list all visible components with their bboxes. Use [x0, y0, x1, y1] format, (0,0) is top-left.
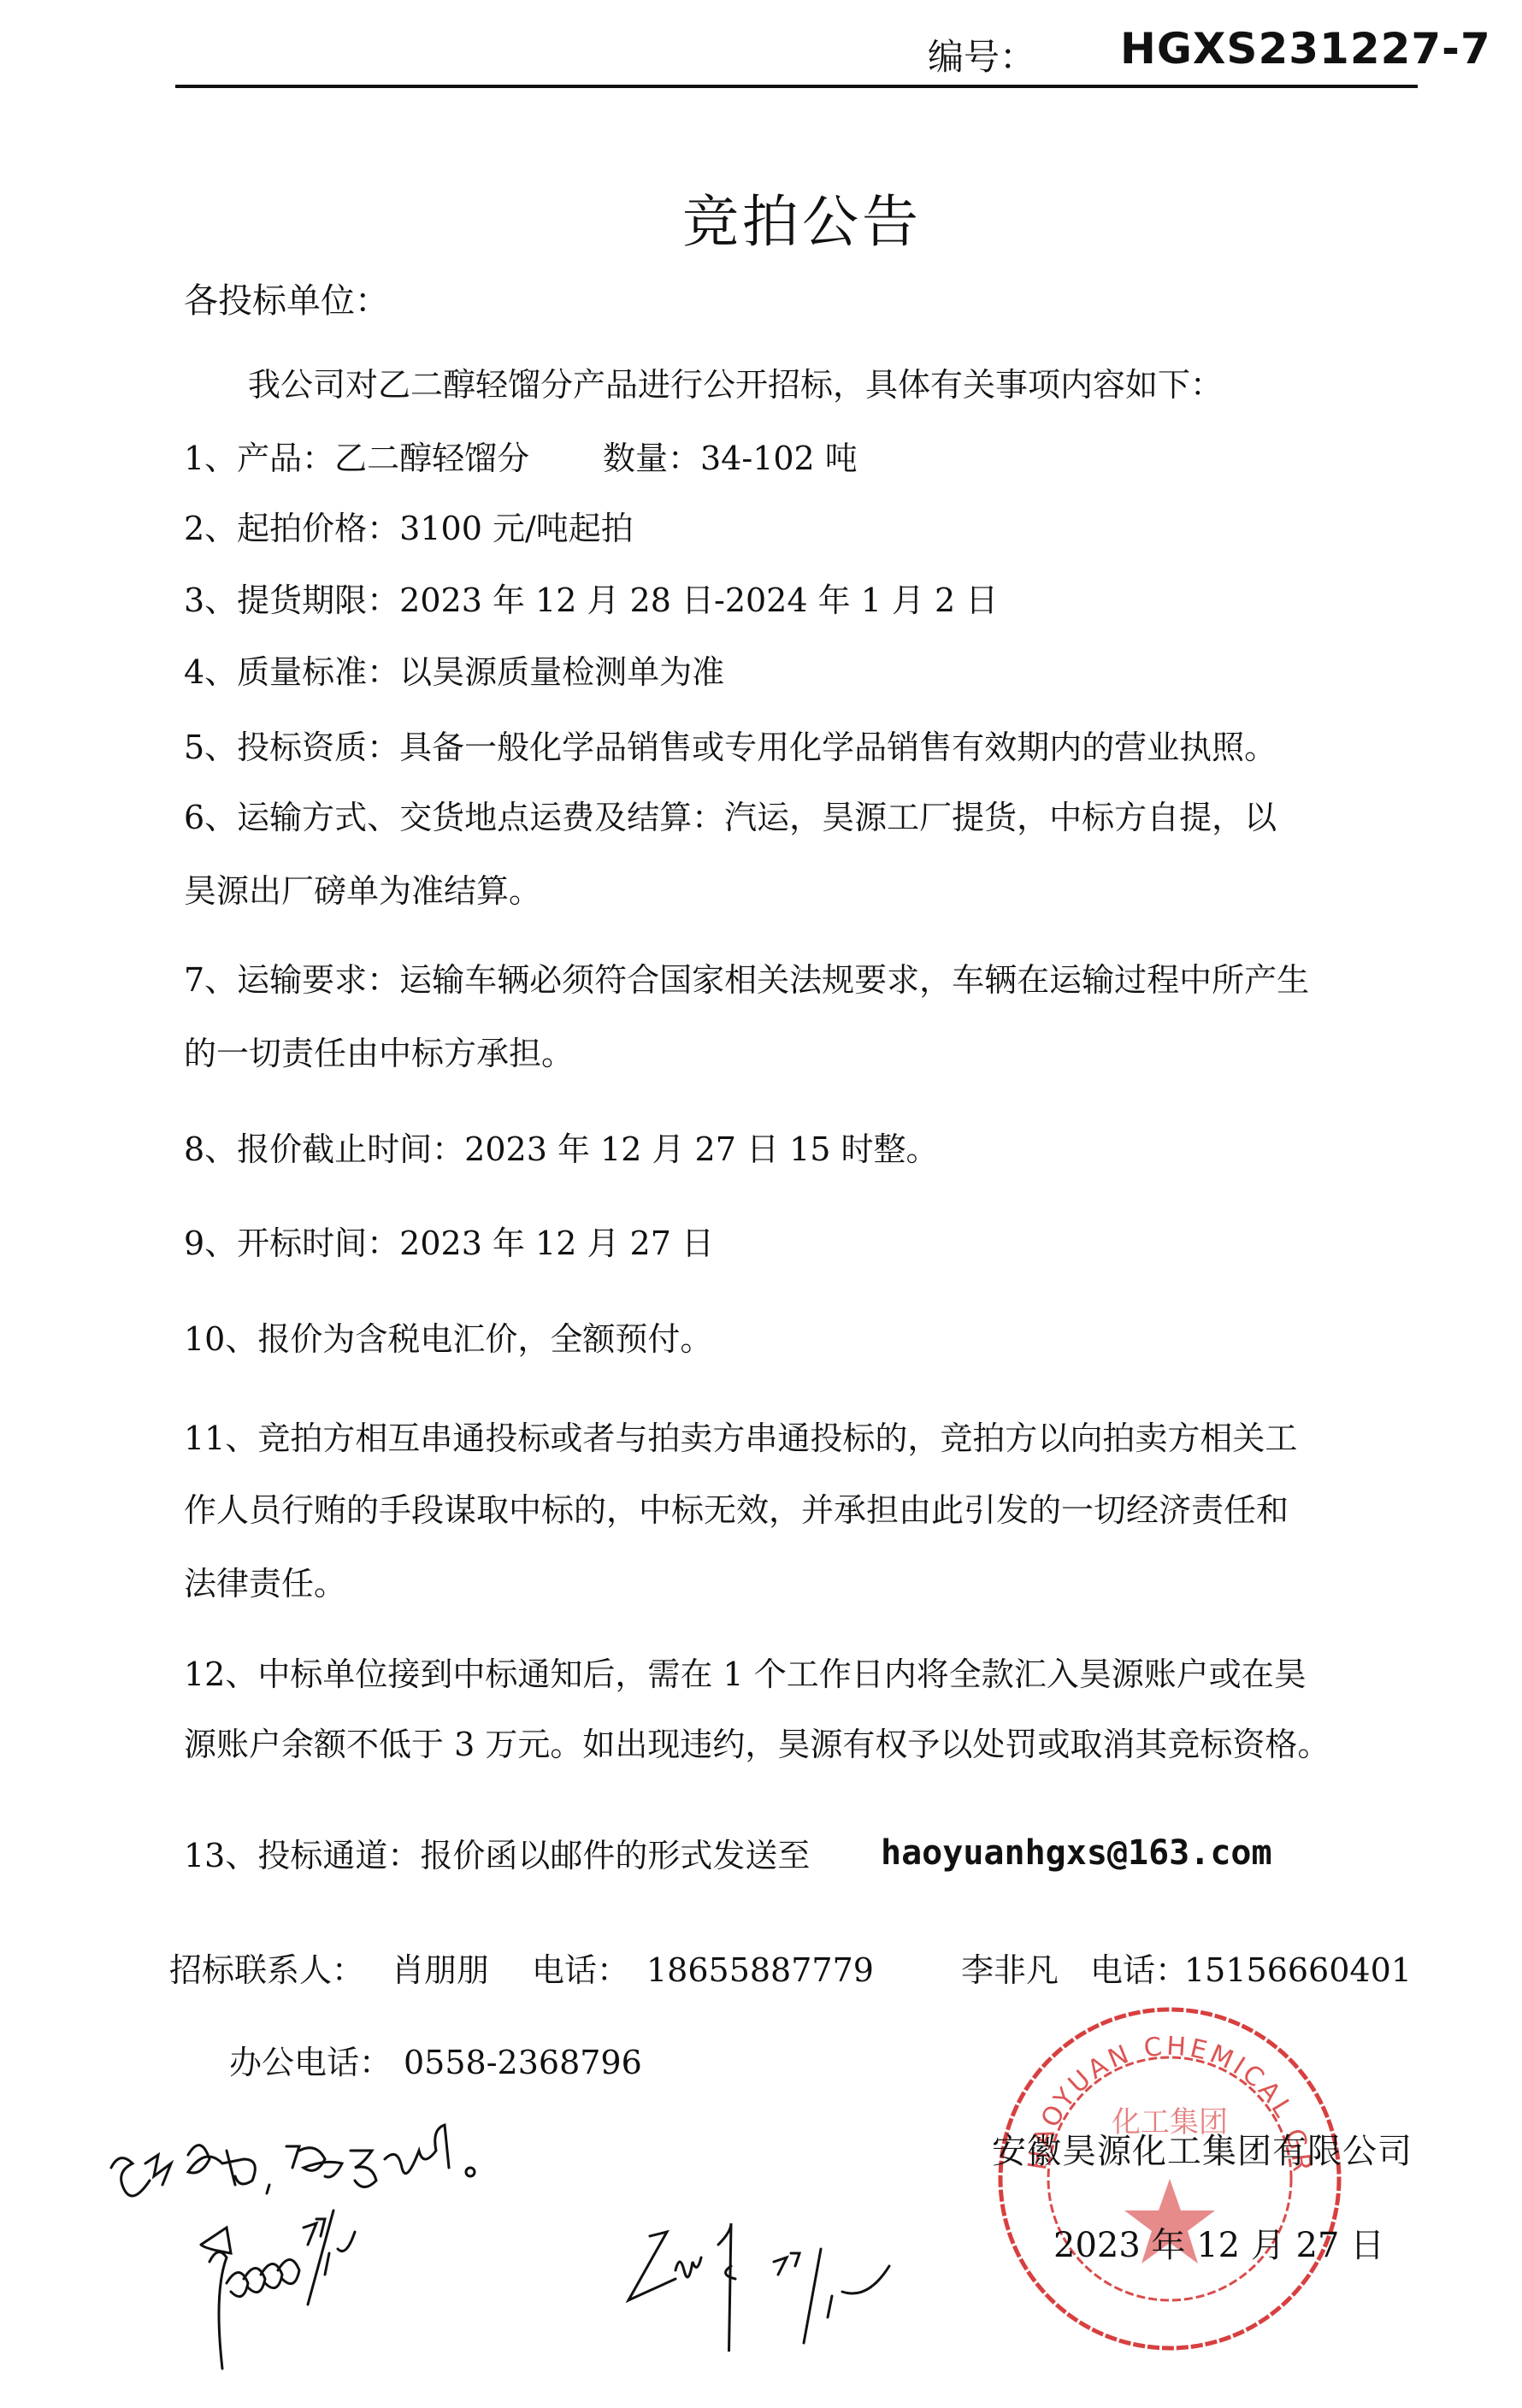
contact-2-phone-label: 电话： [1090, 1951, 1188, 1989]
item-11-collusion-line1: 11、竞拍方相互串通投标或者与拍卖方串通投标的，竞拍方以向拍卖方相关工 [184, 1419, 1297, 1457]
contact-label: 招标联系人： [169, 1951, 364, 1989]
item-12-winner-line1: 12、中标单位接到中标通知后，需在 1 个工作日内将全款汇入昊源账户或在昊 [184, 1655, 1307, 1693]
contact-2-phone: 15156660401 [1184, 1951, 1412, 1989]
item-7-transport-req-line1: 7、运输要求：运输车辆必须符合国家相关法规要求，车辆在运输过程中所产生 [184, 961, 1309, 999]
signature-icon [620, 2198, 894, 2352]
contact-1-phone-label: 电话： [532, 1951, 629, 1989]
item-4-quality-standard: 4、质量标准：以昊源质量检测单为准 [184, 653, 724, 691]
office-phone: 0558-2368796 [404, 2044, 642, 2081]
contact-2-name: 李非凡 [961, 1951, 1059, 1989]
item-2-start-price: 2、起拍价格：3100 元/吨起拍 [184, 510, 634, 547]
signature-1 [180, 2189, 419, 2386]
item-6-transport-line1: 6、运输方式、交货地点运费及结算：汽运，昊源工厂提货，中标方自提，以 [184, 799, 1277, 836]
signature-2 [620, 2198, 894, 2352]
item-10-payment: 10、报价为含税电汇价，全额预付。 [184, 1320, 712, 1358]
issuer-company: 安徽昊源化工集团有限公司 [992, 2133, 1413, 2170]
item-9-opening-time: 9、开标时间：2023 年 12 月 27 日 [184, 1225, 714, 1262]
item-13-bid-channel: 13、投标通道：报价函以邮件的形式发送至 [184, 1837, 810, 1874]
doc-code-label: 编号： [928, 29, 1035, 80]
item-12-winner-line2: 源账户余额不低于 3 万元。如出现违约，昊源有权予以处罚或取消其竞标资格。 [184, 1726, 1330, 1763]
item-5-qualification: 5、投标资质：具备一般化学品销售或专用化学品销售有效期内的营业执照。 [184, 729, 1277, 766]
contact-1-phone: 18655887779 [646, 1951, 874, 1989]
contact-1-name: 肖朋朋 [392, 1951, 489, 1989]
issuer-date: 2023 年 12 月 27 日 [1053, 2227, 1384, 2264]
signature-icon [180, 2189, 419, 2386]
doc-code-value: HGXS231227-7 [1120, 24, 1491, 74]
item-8-quote-deadline: 8、报价截止时间：2023 年 12 月 27 日 15 时整。 [184, 1130, 939, 1168]
item-11-collusion-line3: 法律责任。 [184, 1565, 346, 1602]
bid-email-link[interactable]: haoyuanhgxs@163.com [881, 1833, 1272, 1873]
header-rule [175, 85, 1418, 88]
item-11-collusion-line2: 作人员行贿的手段谋取中标的，中标无效，并承担由此引发的一切经济责任和 [184, 1491, 1289, 1529]
item-6-transport-line2: 昊源出厂磅单为准结算。 [184, 872, 541, 910]
item-1-quantity: 数量：34-102 吨 [603, 440, 858, 477]
salutation: 各投标单位： [184, 282, 389, 320]
item-7-transport-req-line2: 的一切责任由中标方承担。 [184, 1035, 574, 1072]
seal-icon: HAOYUAN CHEMICAL GROUP CO. 化工集团 [994, 2004, 1345, 2354]
company-seal-stamp: HAOYUAN CHEMICAL GROUP CO. 化工集团 [994, 2004, 1345, 2354]
item-1-product: 1、产品：乙二醇轻馏分 [184, 440, 529, 477]
intro-paragraph: 我公司对乙二醇轻馏分产品进行公开招标，具体有关事项内容如下： [248, 366, 1223, 404]
office-phone-label: 办公电话： [229, 2044, 392, 2081]
page-title: 竞拍公告 [682, 176, 922, 257]
item-3-pickup-period: 3、提货期限：2023 年 12 月 28 日-2024 年 1 月 2 日 [184, 581, 998, 619]
